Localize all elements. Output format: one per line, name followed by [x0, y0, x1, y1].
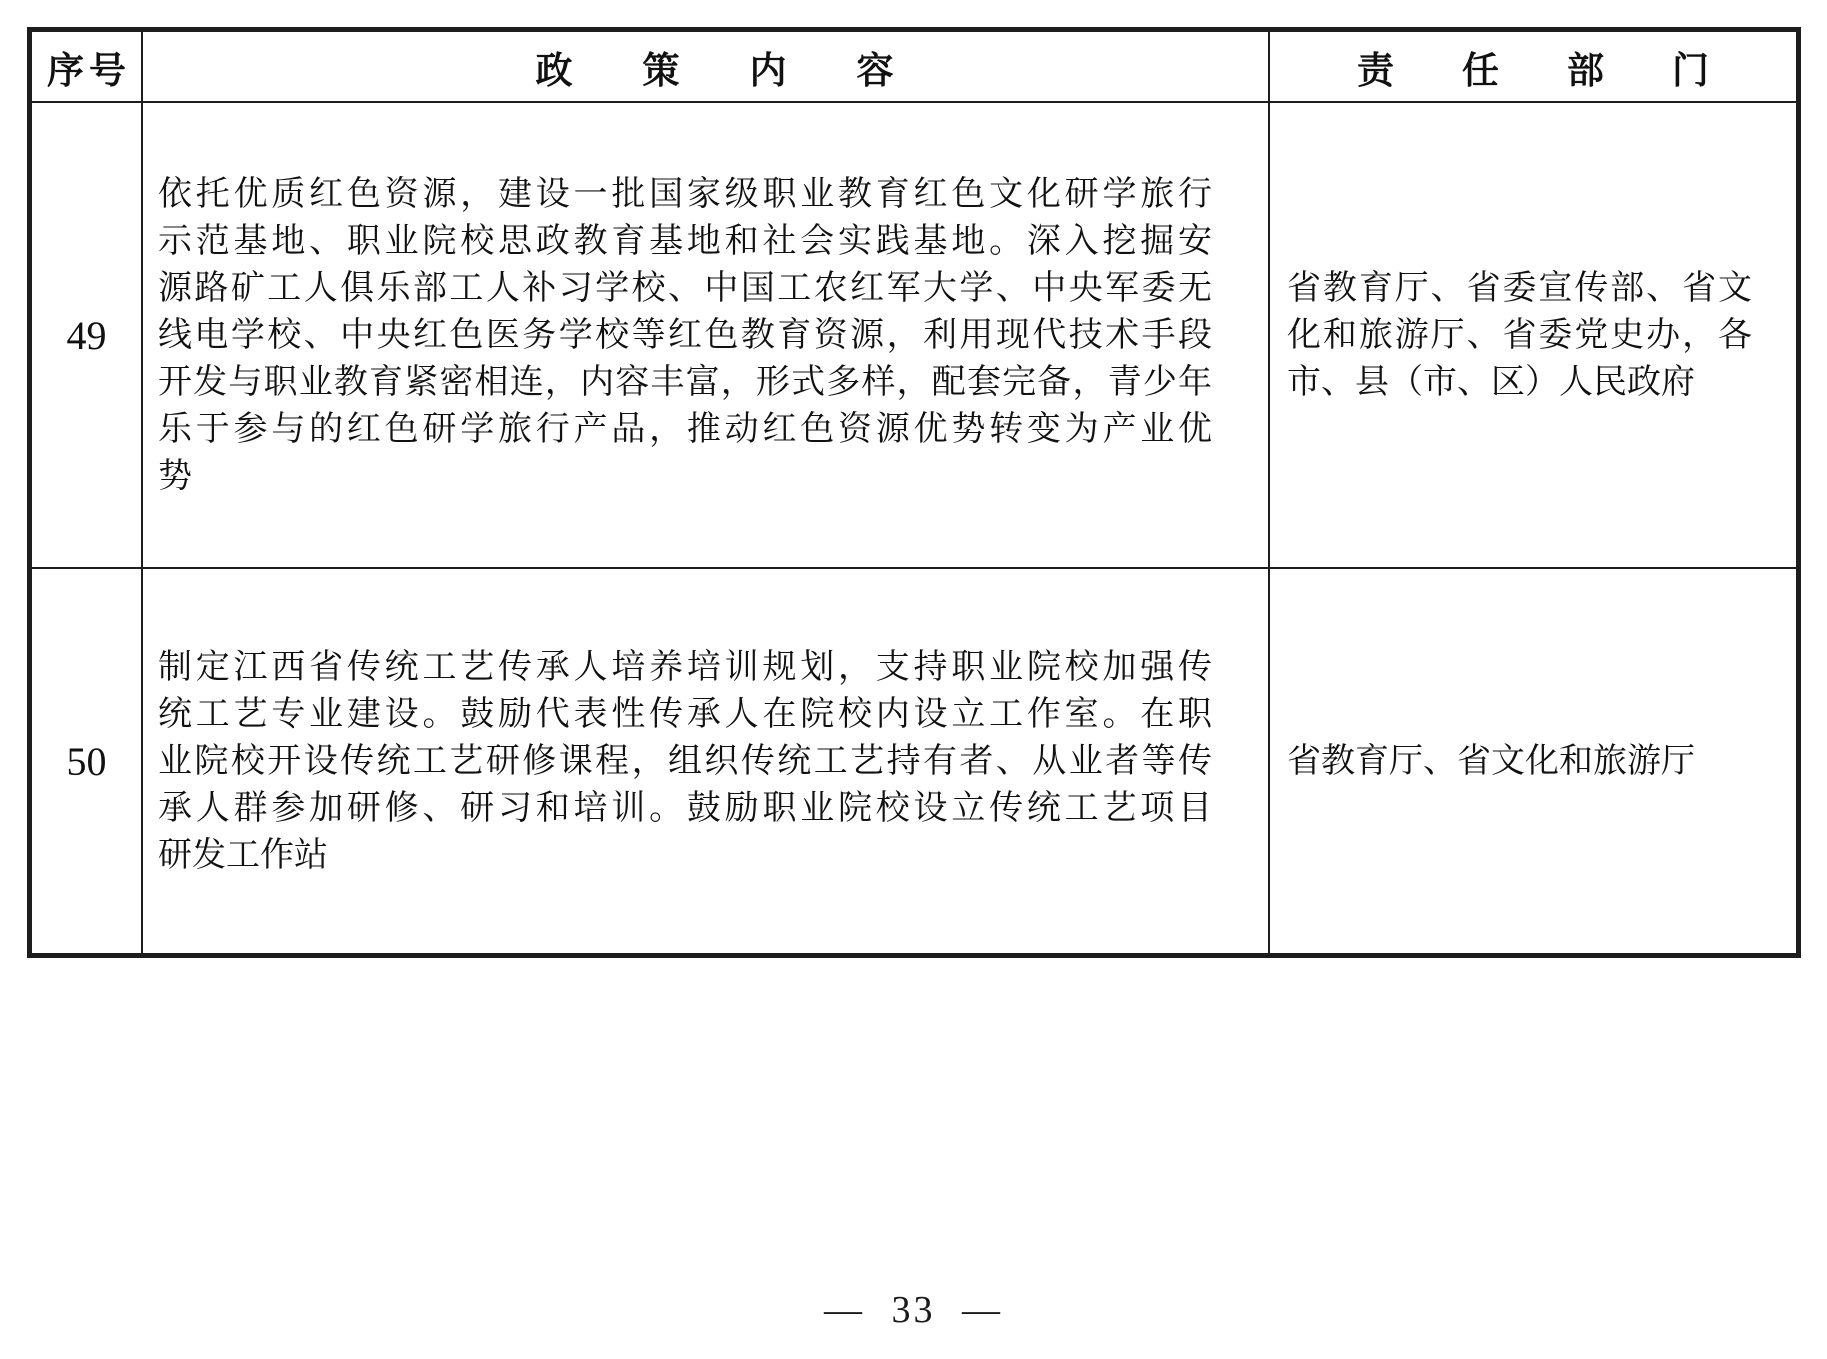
department-cell-50: 省教育厅、省文化和旅游厅: [1270, 569, 1796, 953]
text-line: 制定江西省传统工艺传承人培养培训规划，支持职业院校加强传: [158, 644, 1212, 691]
serial-cell-49: 49: [32, 103, 143, 569]
policy-cell-50: 制定江西省传统工艺传承人培养培训规划，支持职业院校加强传统工艺专业建设。鼓励代表…: [143, 569, 1270, 953]
page-number: — 33 —: [0, 1288, 1827, 1332]
text-line: 势: [158, 453, 1212, 500]
policy-cell-49: 依托优质红色资源，建设一批国家级职业教育红色文化研学旅行示范基地、职业院校思政教…: [143, 103, 1270, 569]
policy-table: 序号 政策内容 责任部门 49 依托优质红色资源，建设一批国家级职业教育红色文化…: [27, 27, 1801, 958]
text-line: 市、县（市、区）人民政府: [1287, 359, 1752, 406]
header-cell-serial: 序号: [32, 32, 143, 103]
document-page: 序号 政策内容 责任部门 49 依托优质红色资源，建设一批国家级职业教育红色文化…: [0, 0, 1827, 1359]
header-label-department: 责任部门: [1357, 40, 1777, 94]
text-line: 统工艺专业建设。鼓励代表性传承人在院校内设立工作室。在职: [158, 691, 1212, 738]
serial-cell-50: 50: [32, 569, 143, 953]
text-line: 依托优质红色资源，建设一批国家级职业教育红色文化研学旅行: [158, 171, 1212, 218]
serial-number-49: 49: [67, 312, 107, 359]
text-line: 研发工作站: [158, 832, 1212, 879]
text-line: 乐于参与的红色研学旅行产品，推动红色资源优势转变为产业优: [158, 406, 1212, 453]
text-line: 源路矿工人俱乐部工人补习学校、中国工农红军大学、中央军委无: [158, 265, 1212, 312]
text-line: 省教育厅、省文化和旅游厅: [1287, 738, 1752, 785]
text-line: 承人群参加研修、研习和培训。鼓励职业院校设立传统工艺项目: [158, 785, 1212, 832]
header-label-policy: 政策内容: [518, 40, 964, 94]
text-line: 开发与职业教育紧密相连，内容丰富，形式多样，配套完备，青少年: [158, 359, 1212, 406]
text-line: 线电学校、中央红色医务学校等红色教育资源，利用现代技术手段: [158, 312, 1212, 359]
text-line: 省教育厅、省委宣传部、省文: [1287, 265, 1752, 312]
header-cell-policy: 政策内容: [143, 32, 1270, 103]
text-line: 示范基地、职业院校思政教育基地和社会实践基地。深入挖掘安: [158, 218, 1212, 265]
text-line: 业院校开设传统工艺研修课程，组织传统工艺持有者、从业者等传: [158, 738, 1212, 785]
header-label-serial: 序号: [47, 40, 131, 94]
department-cell-49: 省教育厅、省委宣传部、省文化和旅游厅、省委党史办，各市、县（市、区）人民政府: [1270, 103, 1796, 569]
header-cell-department: 责任部门: [1270, 32, 1796, 103]
text-line: 化和旅游厅、省委党史办，各: [1287, 312, 1752, 359]
serial-number-50: 50: [67, 738, 107, 785]
